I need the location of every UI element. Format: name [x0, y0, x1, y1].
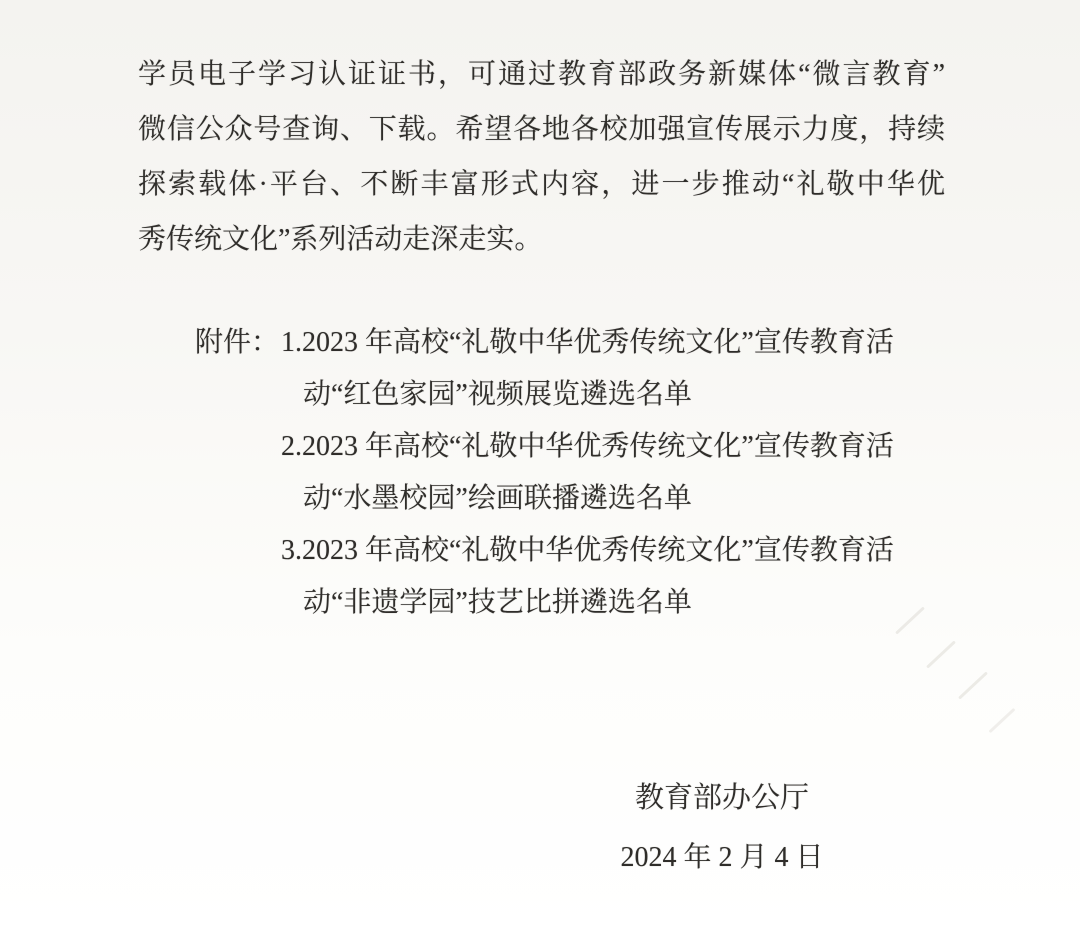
body-paragraph-line-1: 学员电子学习认证证书，可通过教育部政务新媒体“微言教育”	[138, 47, 945, 102]
body-paragraph-line-3: 探索载体·平台、不断丰富形式内容，进一步推动“礼敬中华优	[138, 157, 945, 212]
scan-crease-artifact	[989, 708, 1016, 733]
attachment-item-3-line-1: 3.2023 年高校“礼敬中华优秀传统文化”宣传教育活	[281, 525, 894, 577]
scan-crease-artifact	[958, 671, 988, 699]
body-paragraph-line-2: 微信公众号查询、下载。希望各地各校加强宣传展示力度，持续	[138, 102, 945, 157]
attachment-item-1-line-2: 动“红色家园”视频展览遴选名单	[303, 369, 692, 421]
attachment-item-3-line-2: 动“非遗学园”技艺比拼遴选名单	[303, 577, 692, 629]
attachments-label: 附件：	[195, 317, 279, 369]
document-page: 学员电子学习认证证书，可通过教育部政务新媒体“微言教育” 微信公众号查询、下载。…	[0, 0, 1080, 932]
attachment-item-2-line-1: 2.2023 年高校“礼敬中华优秀传统文化”宣传教育活	[281, 421, 894, 473]
scan-crease-artifact	[926, 640, 956, 668]
signature-issuer: 教育部办公厅	[422, 770, 1022, 826]
body-paragraph: 学员电子学习认证证书，可通过教育部政务新媒体“微言教育” 微信公众号查询、下载。…	[138, 47, 945, 267]
attachment-item-1-line-1: 1.2023 年高校“礼敬中华优秀传统文化”宣传教育活	[281, 317, 894, 369]
body-paragraph-line-4: 秀传统文化”系列活动走深走实。	[138, 212, 945, 267]
scan-crease-artifact	[895, 606, 925, 634]
attachment-item-2-line-2: 动“水墨校园”绘画联播遴选名单	[303, 473, 692, 525]
signature-date: 2024 年 2 月 4 日	[422, 830, 1022, 886]
